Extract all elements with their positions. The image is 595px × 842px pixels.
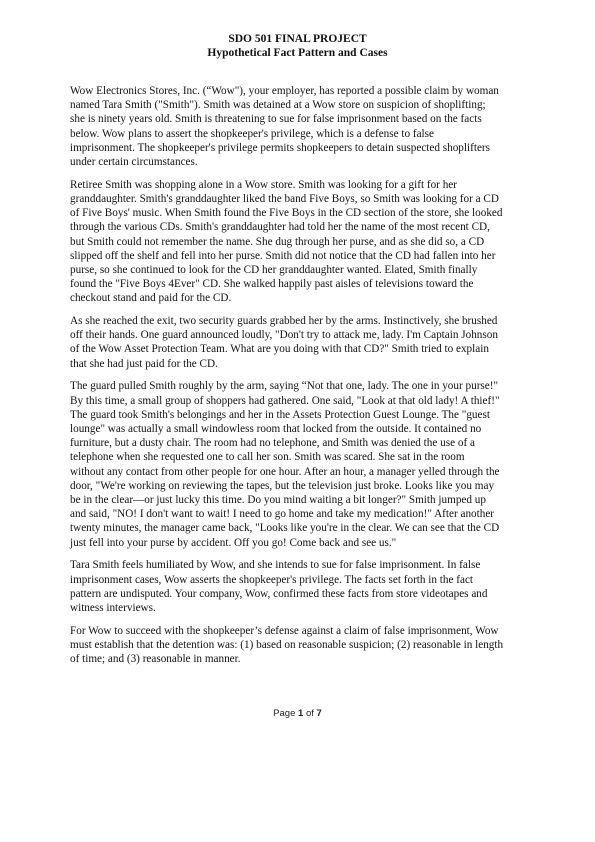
text-line: pattern are undisputed. Your company, Wo… [70, 587, 540, 601]
text-line: off their hands. One guard announced lou… [70, 328, 540, 342]
text-line: purse, so she continued to look for the … [70, 263, 540, 277]
text-line: and said, "NO! I don't want to wait! I n… [70, 507, 540, 521]
text-line: of Five Boys' music. When Smith found th… [70, 206, 540, 220]
text-line: named Tara Smith ("Smith"). Smith was de… [70, 98, 540, 112]
text-line: that she had just paid for the CD. [70, 357, 540, 371]
text-line: of time; and (3) reasonable in manner. [70, 652, 540, 666]
text-line: without any contact from other people fo… [70, 465, 540, 479]
text-line: slipped off the shelf and fell into her … [70, 249, 540, 263]
text-line: be in the clear—or just lucky this time.… [70, 493, 540, 507]
paragraph-exit: As she reached the exit, two security gu… [70, 314, 540, 371]
document-title: SDO 501 FINAL PROJECT [0, 32, 595, 46]
text-line: granddaughter. Smith's granddaughter lik… [70, 192, 540, 206]
text-line: checkout stand and paid for the CD. [70, 291, 540, 305]
paragraph-lawsuit: Tara Smith feels humiliated by Wow, and … [70, 558, 540, 615]
text-line: Wow Electronics Stores, Inc. (“Wow"), yo… [70, 84, 540, 98]
paragraph-defense-elements: For Wow to succeed with the shopkeeper’s… [70, 624, 540, 667]
title-block: SDO 501 FINAL PROJECT Hypothetical Fact … [0, 32, 595, 60]
text-line: The guard took Smith's belongings and he… [70, 408, 540, 422]
text-line: imprisonment cases, Wow asserts the shop… [70, 573, 540, 587]
text-line: telephone when she requested one to call… [70, 450, 540, 464]
page-label: Page [273, 708, 295, 719]
paragraph-intro: Wow Electronics Stores, Inc. (“Wow"), yo… [70, 84, 540, 169]
document-page: SDO 501 FINAL PROJECT Hypothetical Fact … [0, 0, 595, 842]
text-line: below. Wow plans to assert the shopkeepe… [70, 127, 540, 141]
current-page-number: 1 [298, 708, 303, 719]
text-line: but Smith could not remember the name. S… [70, 235, 540, 249]
text-line: By this time, a small group of shoppers … [70, 394, 540, 408]
text-line: of the Wow Asset Protection Team. What a… [70, 342, 540, 356]
text-line: just fell into your purse by accident. O… [70, 536, 540, 550]
document-subtitle: Hypothetical Fact Pattern and Cases [0, 46, 595, 60]
text-line: As she reached the exit, two security gu… [70, 314, 540, 328]
text-line: lounge" was actually a small windowless … [70, 422, 540, 436]
text-line: twenty minutes, the manager came back, "… [70, 521, 540, 535]
text-line: door, "We're working on reviewing the ta… [70, 479, 540, 493]
text-line: imprisonment. The shopkeeper's privilege… [70, 141, 540, 155]
of-label: of [306, 708, 314, 719]
page-footer: Page 1 of 7 [0, 708, 595, 719]
document-body: Wow Electronics Stores, Inc. (“Wow"), yo… [70, 84, 540, 675]
text-line: she is ninety years old. Smith is threat… [70, 112, 540, 126]
text-line: Retiree Smith was shopping alone in a Wo… [70, 178, 540, 192]
text-line: The guard pulled Smith roughly by the ar… [70, 379, 540, 393]
text-line: For Wow to succeed with the shopkeeper’s… [70, 624, 540, 638]
total-pages-number: 7 [317, 708, 322, 719]
text-line: witness interviews. [70, 601, 540, 615]
text-line: furniture, but a dusty chair. The room h… [70, 436, 540, 450]
paragraph-shopping: Retiree Smith was shopping alone in a Wo… [70, 178, 540, 306]
text-line: must establish that the detention was: (… [70, 638, 540, 652]
text-line: found the "Five Boys 4Ever" CD. She walk… [70, 277, 540, 291]
text-line: through the various CDs. Smith's grandda… [70, 220, 540, 234]
text-line: Tara Smith feels humiliated by Wow, and … [70, 558, 540, 572]
text-line: under certain circumstances. [70, 155, 540, 169]
paragraph-detention: The guard pulled Smith roughly by the ar… [70, 379, 540, 549]
